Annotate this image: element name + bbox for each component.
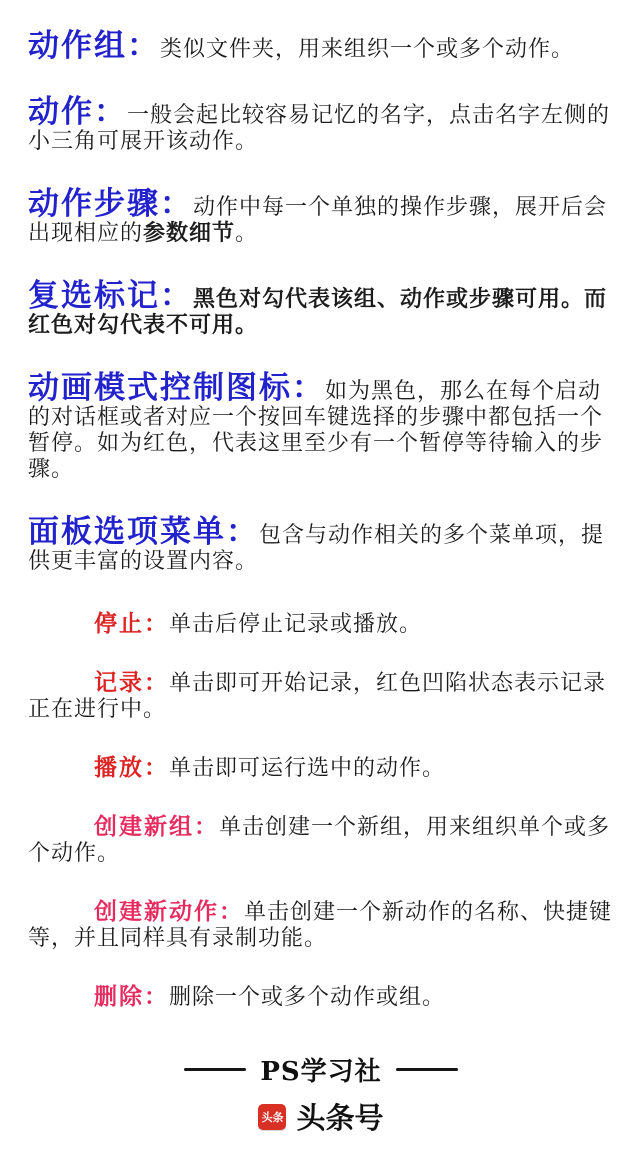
sub-term-label: 播放： bbox=[94, 755, 169, 781]
sub-term-label: 记录： bbox=[94, 670, 169, 696]
term-label: 面板选项菜单： bbox=[28, 514, 259, 550]
sub-term-label: 停止： bbox=[94, 611, 169, 637]
sub-term-description: 单击即可运行选中的动作。 bbox=[169, 756, 445, 781]
term-section: 动作步骤：动作中每一个单独的操作步骤，展开后会出现相应的参数细节。 bbox=[28, 191, 614, 247]
toutiao-badge-icon: 头条 bbox=[258, 1104, 286, 1130]
sub-term-item: 记录：单击即可开始记录，红色凹陷状态表示记录正在进行中。 bbox=[28, 670, 614, 723]
sub-term-item: 创建新组：单击创建一个新组，用来组织单个或多个动作。 bbox=[28, 814, 614, 867]
sub-term-item: 创建新动作：单击创建一个新动作的名称、快捷键等，并且同样具有录制功能。 bbox=[28, 899, 614, 952]
footer-divider-left bbox=[184, 1068, 246, 1071]
term-description-bold: 参数细节 bbox=[143, 221, 235, 246]
sub-term-item: 播放：单击即可运行选中的动作。 bbox=[28, 755, 614, 782]
sub-term-label: 删除： bbox=[94, 984, 169, 1010]
article: 动作组：类似文件夹，用来组织一个或多个动作。 动作：一般会起比较容易记忆的名字，… bbox=[28, 33, 614, 1137]
term-label: 动画模式控制图标： bbox=[28, 370, 325, 406]
term-description: 类似文件夹，用来组织一个或多个动作。 bbox=[160, 37, 574, 62]
footer-brand-row: PS学习社 bbox=[28, 1051, 614, 1088]
account-name: 头条号 bbox=[296, 1096, 383, 1137]
term-label: 动作组： bbox=[28, 28, 160, 64]
footer: PS学习社 头条 头条号 bbox=[28, 1051, 614, 1137]
footer-account-row: 头条 头条号 bbox=[28, 1096, 614, 1137]
term-label: 动作步骤： bbox=[28, 186, 193, 222]
sub-term-item: 删除：删除一个或多个动作或组。 bbox=[28, 984, 614, 1011]
term-description-tail: 。 bbox=[235, 221, 258, 246]
term-section: 动作：一般会起比较容易记忆的名字，点击名字左侧的小三角可展开该动作。 bbox=[28, 99, 614, 155]
sub-term-item: 停止：单击后停止记录或播放。 bbox=[28, 611, 614, 638]
term-section: 动作组：类似文件夹，用来组织一个或多个动作。 bbox=[28, 33, 614, 63]
term-section: 复选标记：黑色对勾代表该组、动作或步骤可用。而红色对勾代表不可用。 bbox=[28, 283, 614, 339]
brand-name: PS学习社 bbox=[260, 1051, 381, 1088]
term-label: 复选标记： bbox=[28, 278, 193, 314]
sub-term-description: 单击后停止记录或播放。 bbox=[169, 612, 422, 637]
term-section: 动画模式控制图标：如为黑色，那么在每个启动的对话框或者对应一个按回车键选择的步骤… bbox=[28, 375, 614, 483]
sub-term-label: 创建新组： bbox=[94, 814, 219, 840]
sub-term-description: 删除一个或多个动作或组。 bbox=[169, 985, 445, 1010]
sub-term-label: 创建新动作： bbox=[94, 899, 244, 925]
term-label: 动作： bbox=[28, 94, 127, 130]
footer-divider-right bbox=[396, 1068, 458, 1071]
term-section: 面板选项菜单：包含与动作相关的多个菜单项，提供更丰富的设置内容。 bbox=[28, 519, 614, 575]
